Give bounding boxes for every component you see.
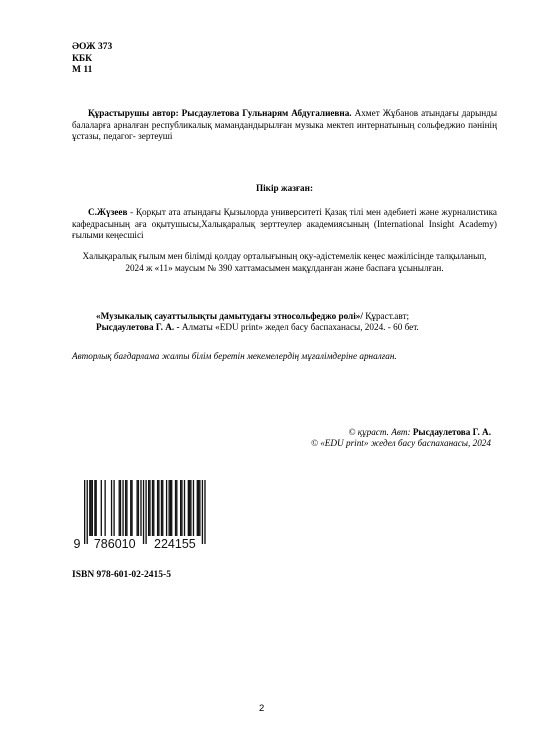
reviewer-paragraph: С.Жүзеев - Қорқыт ата атындағы Қызылорда… — [72, 207, 497, 242]
citation-author: Рысдаулетова Г. А. - — [96, 322, 180, 332]
isbn-number: ISBN 978-601-02-2415-5 — [72, 570, 171, 580]
compiler-label: Құрастырушы автор: Рысдаулетова Гульнаря… — [88, 108, 352, 118]
classification-codes: ӘОЖ 373 КБК М 11 — [72, 42, 112, 77]
svg-text:224155: 224155 — [154, 537, 196, 550]
lbc-code: КБК — [72, 54, 112, 66]
approval-line-2: 2024 ж «11» маусым № 390 хаттамасымен ма… — [72, 263, 497, 275]
citation-publisher-line: Рысдаулетова Г. А. - Алматы «EDU print» … — [96, 322, 419, 334]
reviewer-description: - Қорқыт ата атындағы Қызылорда универси… — [72, 207, 497, 240]
approval-note: Халықаралық ғылым мен білімді қолдау орт… — [72, 251, 497, 274]
udc-code: ӘОЖ 373 — [72, 42, 112, 54]
citation-title-line: «Музыкалық сауаттылықты дамытудағы этнос… — [96, 311, 409, 323]
copyright-prefix: © құраст. Авт: — [348, 427, 412, 437]
svg-text:9: 9 — [74, 537, 81, 550]
reviewer-name: С.Жүзеев — [88, 207, 127, 217]
svg-text:786010: 786010 — [94, 537, 136, 550]
reviewer-heading: Пікір жазған: — [72, 183, 497, 195]
author-mark: М 11 — [72, 65, 112, 77]
copyright-line-2: © «EDU print» жедел басу баспаханасы, 20… — [250, 438, 491, 450]
compiler-paragraph: Құрастырушы автор: Рысдаулетова Гульнаря… — [72, 108, 497, 143]
page-number: 2 — [259, 703, 264, 714]
citation-title-suffix: Құраст.авт; — [363, 311, 409, 321]
copyright-author: Рысдаулетова Г. А. — [413, 427, 491, 437]
citation-publisher: Алматы «EDU print» жедел басу баспаханас… — [180, 322, 419, 332]
audience-note: Авторлық бағдарлама жалпы білім беретін … — [72, 351, 397, 363]
copyright-line-1: © құраст. Авт: Рысдаулетова Г. А. — [250, 427, 491, 439]
isbn-barcode: 9786010224155 — [72, 478, 212, 550]
citation-title: «Музыкалық сауаттылықты дамытудағы этнос… — [96, 311, 363, 321]
approval-line-1: Халықаралық ғылым мен білімді қолдау орт… — [72, 251, 497, 263]
